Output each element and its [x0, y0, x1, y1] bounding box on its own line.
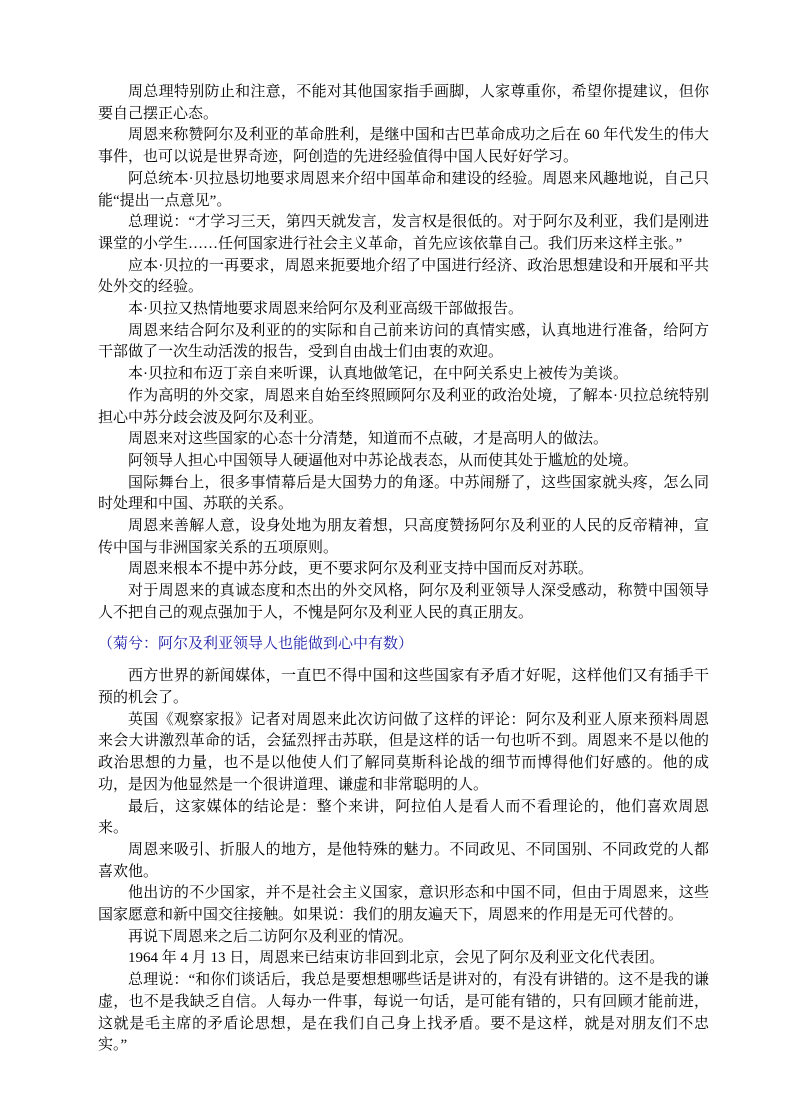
paragraph: 总理说：“和你们谈话后，我总是要想想哪些话是讲对的，有没有讲错的。这不是我的谦虚… [98, 970, 709, 1057]
paragraph: 1964 年 4 月 13 日，周恩来已结束访非回到北京，会见了阿尔及利亚文化代… [98, 948, 709, 970]
paragraph: 英国《观察家报》记者对周恩来此次访问做了这样的评论：阿尔及利亚人原来预料周恩来会… [98, 710, 709, 797]
paragraph: 国际舞台上，很多事情幕后是大国势力的角逐。中苏闹掰了，这些国家就头疼，怎么同时处… [98, 473, 709, 516]
paragraph: 总理说：“才学习三天，第四天就发言，发言权是很低的。对于阿尔及利亚，我们是刚进课… [98, 212, 709, 255]
paragraph: 作为高明的外交家，周恩来自始至终照顾阿尔及利亚的政治处境，了解本·贝拉总统特别担… [98, 386, 709, 429]
paragraph: 周恩来称赞阿尔及利亚的革命胜利，是继中国和古巴革命成功之后在 60 年代发生的伟… [98, 125, 709, 168]
paragraph: 最后，这家媒体的结论是：整个来讲，阿拉伯人是看人而不看理论的，他们喜欢周恩来。 [98, 797, 709, 840]
paragraph: 阿领导人担心中国领导人硬逼他对中苏论战表态，从而使其处于尴尬的处境。 [98, 451, 709, 473]
paragraph: 周恩来根本不提中苏分歧，更不要求阿尔及利亚支持中国而反对苏联。 [98, 559, 709, 581]
paragraph: 周恩来结合阿尔及利亚的的实际和自己前来访问的真情实感，认真地进行准备，给阿方干部… [98, 321, 709, 364]
document-page: 周总理特别防止和注意，不能对其他国家指手画脚，人家尊重你，希望你提建议，但你要自… [0, 0, 800, 1100]
paragraph: 应本·贝拉的一再要求，周恩来扼要地介绍了中国进行经济、政治思想建设和开展和平共处… [98, 256, 709, 299]
paragraph: 周恩来吸引、折服人的地方，是他特殊的魅力。不同政见、不同国别、不同政党的人都喜欢… [98, 840, 709, 883]
document-text-block: 周总理特别防止和注意，不能对其他国家指手画脚，人家尊重你，希望你提建议，但你要自… [98, 82, 709, 1057]
paragraph: 再说下周恩来之后二访阿尔及利亚的情况。 [98, 927, 709, 949]
paragraph: 本·贝拉又热情地要求周恩来给阿尔及利亚高级干部做报告。 [98, 299, 709, 321]
paragraph: 本·贝拉和布迈丁亲自来听课，认真地做笔记，在中阿关系史上被传为美谈。 [98, 364, 709, 386]
paragraph: 对于周恩来的真诚态度和杰出的外交风格，阿尔及利亚领导人深受感动，称赞中国领导人不… [98, 581, 709, 624]
paragraph: 周恩来对这些国家的心态十分清楚，知道而不点破，才是高明人的做法。 [98, 429, 709, 451]
paragraph: 周总理特别防止和注意，不能对其他国家指手画脚，人家尊重你，希望你提建议，但你要自… [98, 82, 709, 125]
paragraph: 西方世界的新闻媒体，一直巴不得中国和这些国家有矛盾才好呢，这样他们又有插手干预的… [98, 666, 709, 709]
paragraph: 阿总统本·贝拉恳切地要求周恩来介绍中国革命和建设的经验。周恩来风趣地说，自己只能… [98, 169, 709, 212]
paragraph: 周恩来善解人意，设身处地为朋友着想，只高度赞扬阿尔及利亚的人民的反帝精神，宣传中… [98, 516, 709, 559]
editor-comment-line: （菊兮：阿尔及利亚领导人也能做到心中有数） [98, 634, 709, 656]
paragraph: 他出访的不少国家，并不是社会主义国家，意识形态和中国不同，但由于周恩来，这些国家… [98, 883, 709, 926]
